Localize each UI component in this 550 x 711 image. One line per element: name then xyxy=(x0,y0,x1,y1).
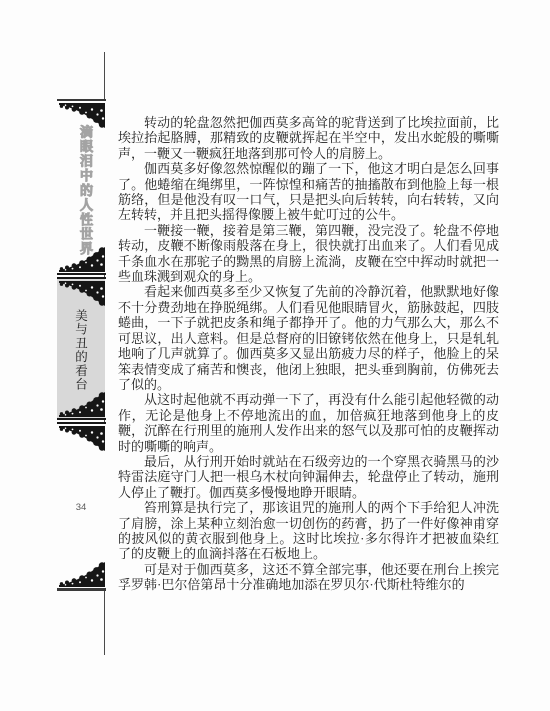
lace-ornament-icon xyxy=(59,246,105,272)
paragraph: 笞刑算是执行完了，那该诅咒的施刑人的两个下手给犯人冲洗了肩膀，涂上某种立刻治愈一… xyxy=(118,500,499,562)
section-title-panel: 美与丑的看台 xyxy=(57,279,105,418)
body-text: 转动的轮盘忽然把伽西莫多高耸的驼背送到了比埃拉面前，比埃拉抬起胳膊，那精致的皮鞭… xyxy=(118,115,499,593)
lace-ornament-icon xyxy=(59,561,105,587)
paragraph: 从这时起他就不再动弹一下了，再没有什么能引起他轻微的动作，无论是他身上不停地流出… xyxy=(118,392,499,454)
sidebar-bottom-rule xyxy=(57,588,106,591)
series-title: 滴眼泪中的人性世界 xyxy=(79,125,92,256)
lace-ornament-icon xyxy=(59,281,105,307)
series-title-panel: 滴眼泪中的人性世界 xyxy=(57,101,105,273)
paragraph: 一鞭接一鞭，接着是第三鞭，第四鞭，没完没了。轮盘不停地转动，皮鞭不断像雨般落在身… xyxy=(118,223,499,285)
page-number: 34 xyxy=(57,502,105,513)
lace-ornament-icon xyxy=(59,426,105,452)
paragraph: 看起来伽西莫多至少又恢复了先前的冷静沉着，他默默地好像不十分费劲地在挣脱绳绑。人… xyxy=(118,284,499,392)
paragraph: 转动的轮盘忽然把伽西莫多高耸的驼背送到了比埃拉面前，比埃拉抬起胳膊，那精致的皮鞭… xyxy=(118,115,499,161)
book-page: 滴眼泪中的人性世界 美与丑的看台 34 转动的轮盘忽然把伽西莫多高耸的驼背送到了… xyxy=(0,0,550,711)
paragraph: 可是对于伽西莫多，这还不算全部完事，他还要在刑台上挨完孚罗韩·巴尔倍第昂十分准确… xyxy=(118,562,499,593)
section-title: 美与丑的看台 xyxy=(74,309,87,391)
lace-ornament-icon xyxy=(59,391,105,417)
paragraph: 最后，从行刑开始时就站在石级旁边的一个穿黑衣骑黑马的沙特雷法庭守门人把一根乌木杖… xyxy=(118,454,499,500)
page-number-panel: 34 xyxy=(57,424,105,588)
paragraph: 伽西莫多好像忽然惊醒似的蹦了一下，他这才明白是怎么回事了。他蜷缩在绳绑里，一阵惊… xyxy=(118,161,499,223)
